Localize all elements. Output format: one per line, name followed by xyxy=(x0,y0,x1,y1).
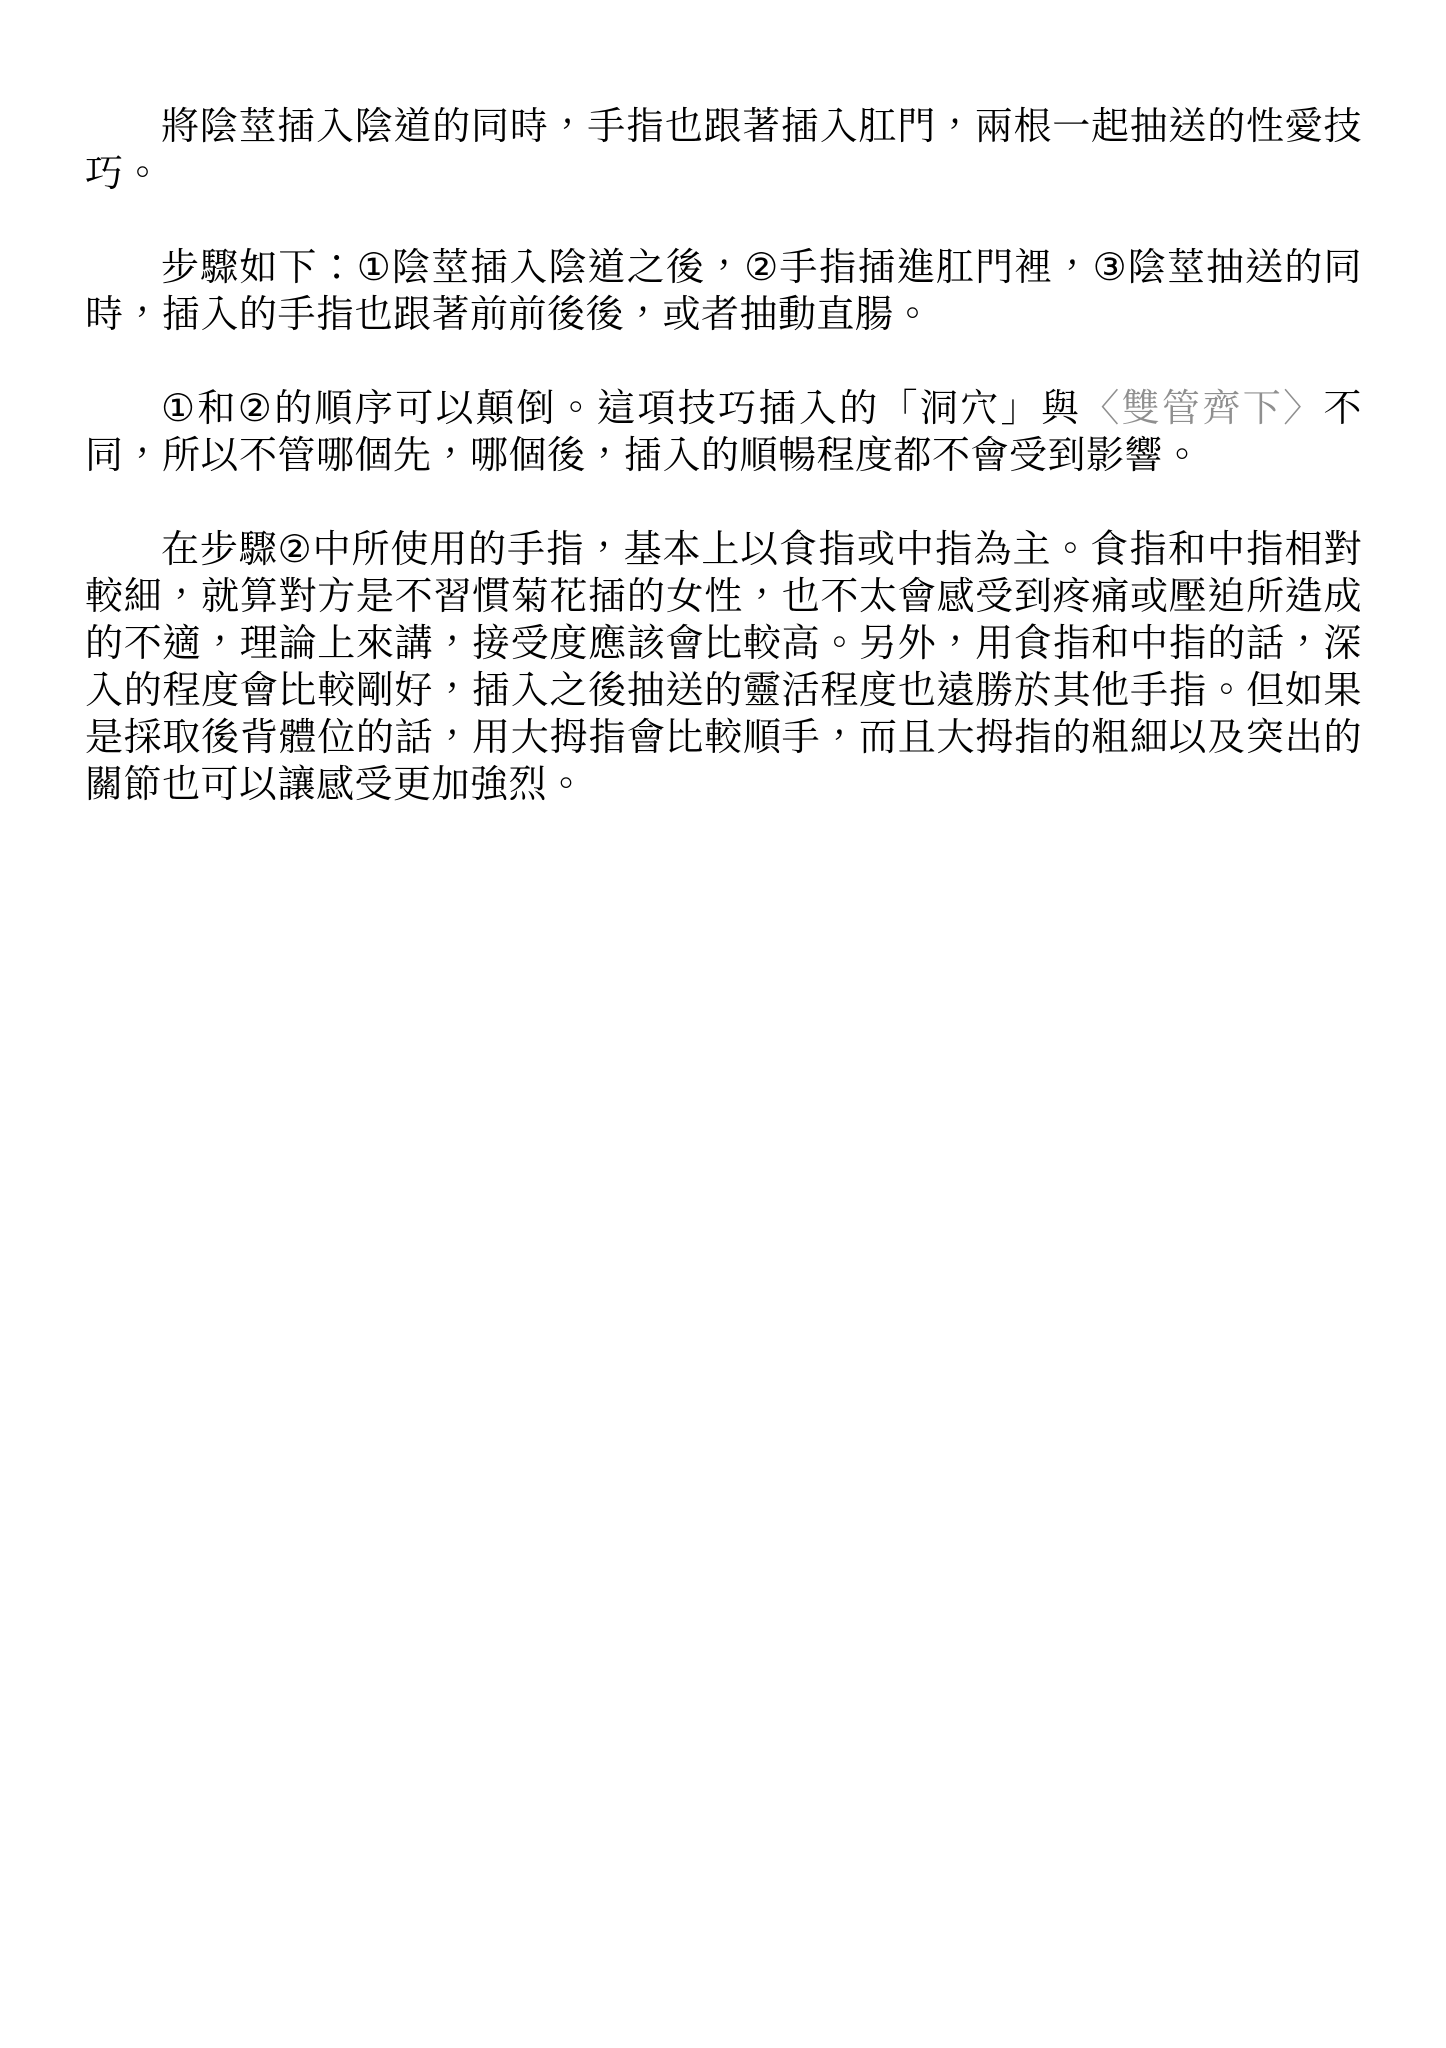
paragraph-steps-text: 步驟如下：①陰莖插入陰道之後，②手指插進肛門裡，③陰莖抽送的同時，插入的手指也跟… xyxy=(85,247,1362,336)
paragraph-finger-choice: 在步驟②中所使用的手指，基本上以食指或中指為主。食指和中指相對較細，就算對方是不… xyxy=(85,527,1362,809)
paragraph-order: ①和②的順序可以顛倒。這項技巧插入的「洞穴」與〈雙管齊下〉不同，所以不管哪個先，… xyxy=(85,386,1362,480)
cross-reference-label: 〈雙管齊下〉 xyxy=(1081,388,1323,430)
document-page: 將陰莖插入陰道的同時，手指也跟著插入肛門，兩根一起抽送的性愛技巧。 步驟如下：①… xyxy=(85,104,1362,856)
paragraph-order-prefix: ①和②的順序可以顛倒。這項技巧插入的「洞穴」與 xyxy=(161,388,1081,430)
paragraph-intro-text: 將陰莖插入陰道的同時，手指也跟著插入肛門，兩根一起抽送的性愛技巧。 xyxy=(85,106,1362,195)
paragraph-steps: 步驟如下：①陰莖插入陰道之後，②手指插進肛門裡，③陰莖抽送的同時，插入的手指也跟… xyxy=(85,245,1362,339)
paragraph-intro: 將陰莖插入陰道的同時，手指也跟著插入肛門，兩根一起抽送的性愛技巧。 xyxy=(85,104,1362,198)
paragraph-finger-choice-text: 在步驟②中所使用的手指，基本上以食指或中指為主。食指和中指相對較細，就算對方是不… xyxy=(85,529,1362,806)
